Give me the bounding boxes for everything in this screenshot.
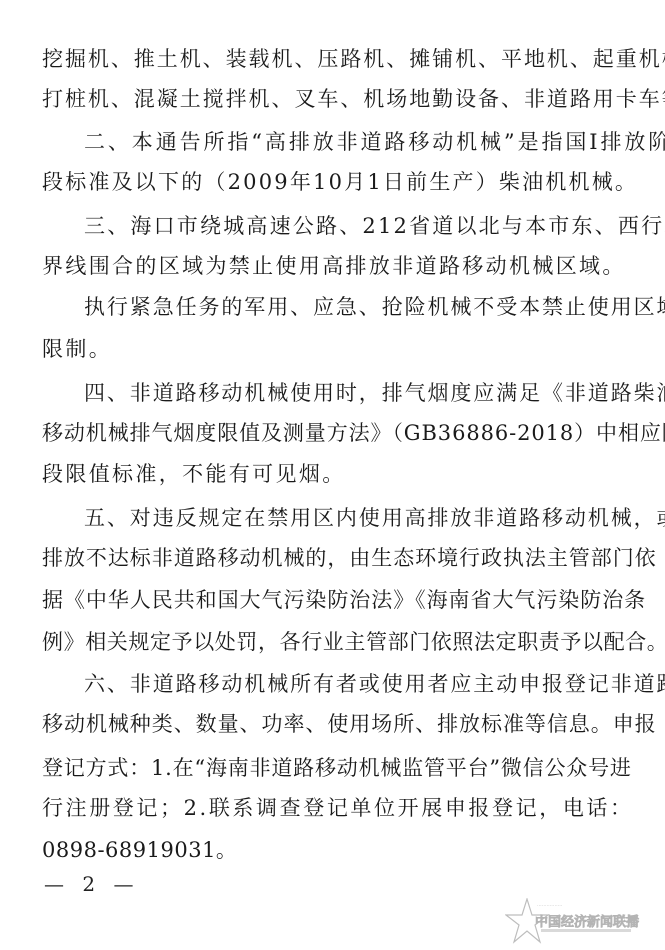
text-line: 0898-68919031。 [42,837,237,863]
text-line: 二、本通告所指“高排放非道路移动机械”是指国Ⅰ排放阶 [84,129,665,155]
text-line: 段限值标准，不能有可见烟。 [42,461,346,487]
text-line: 移动机械排气烟度限值及测量方法》（GB36886-2018）中相应阶 [42,420,665,446]
text-line: 打桩机、混凝土搅拌机、叉车、机场地勤设备、非道路用卡车等。 [42,86,665,112]
text-line: 行注册登记；2.联系调查登记单位开展申报登记，电话： [42,795,634,821]
watermark-title: 中国经济新闻联播 [535,911,639,930]
text-line: 三、海口市绕城高速公路、212省道以北与本市东、西行政 [84,213,665,239]
text-line: 执行紧急任务的军用、应急、抢险机械不受本禁止使用区域 [84,294,665,320]
watermark-subtitle: ················ [537,903,562,909]
text-line: 例》相关规定予以处罚，各行业主管部门依照法定职责予以配合。 [42,629,665,655]
page-number: — 2 — [44,872,139,896]
text-line: 五、对违反规定在禁用区内使用高排放非道路移动机械，或 [84,505,665,531]
text-line: 界线围合的区域为禁止使用高排放非道路移动机械区域。 [42,253,626,279]
watermark: ················ 中国经济新闻联播 [505,898,655,944]
text-line: 四、非道路移动机械使用时，排气烟度应满足《非道路柴油 [84,380,665,406]
text-line: 登记方式：1.在“海南非道路移动机械监管平台”微信公众号进 [42,755,632,781]
text-line: 移动机械种类、数量、功率、使用场所、排放标准等信息。申报 [42,711,657,737]
text-line: 排放不达标非道路移动机械的，由生态环境行政执法主管部门依 [42,545,657,571]
text-line: 据《中华人民共和国大气污染防治法》《海南省大气污染防治条 [42,587,646,613]
text-line: 段标准及以下的（2009年10月1日前生产）柴油机机械。 [42,169,638,195]
watermark-bar [541,929,631,932]
text-line: 六、非道路移动机械所有者或使用者应主动申报登记非道路 [84,671,665,697]
text-line: 挖掘机、推土机、装载机、压路机、摊铺机、平地机、起重机械、 [42,46,665,72]
text-line: 限制。 [42,336,112,362]
